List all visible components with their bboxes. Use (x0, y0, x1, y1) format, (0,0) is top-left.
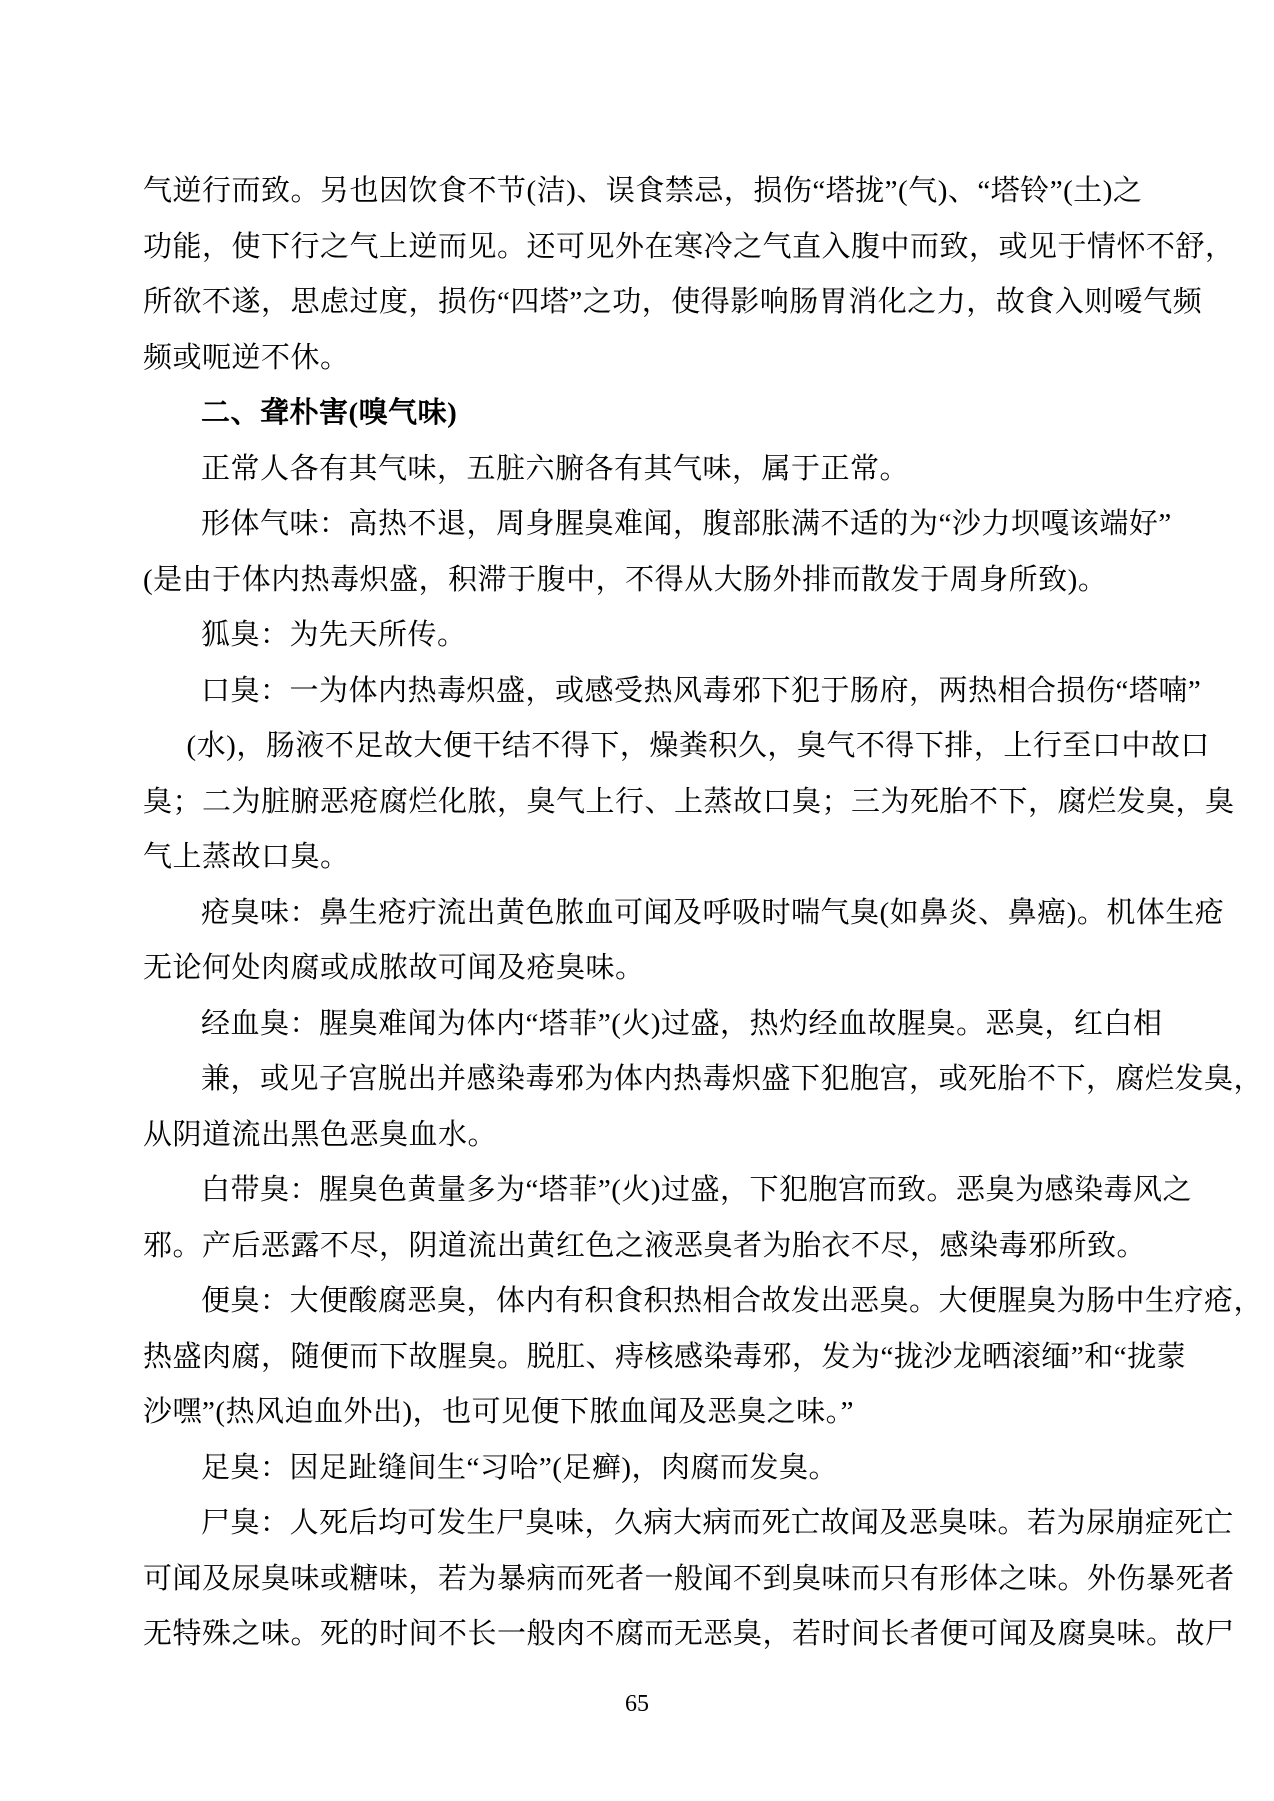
text-line: 形体气味：高热不退，周身腥臭难闻，腹部胀满不适的为“沙力坝嘎该端好” (143, 497, 1143, 553)
text-line: 白带臭：腥臭色黄量多为“塔菲”(火)过盛，下犯胞宫而致。恶臭为感染毒风之 (143, 1163, 1143, 1219)
text-line: 便臭：大便酸腐恶臭，体内有积食积热相合故发出恶臭。大便腥臭为肠中生疗疮， (143, 1274, 1143, 1330)
text-line: 气上蒸故口臭。 (143, 830, 1143, 886)
text-line: 邪。产后恶露不尽，阴道流出黄红色之液恶臭者为胎衣不尽，感染毒邪所致。 (143, 1219, 1143, 1275)
text-line: 频或呃逆不休。 (143, 331, 1143, 387)
text-line: 正常人各有其气味，五脏六腑各有其气味，属于正常。 (143, 442, 1143, 498)
text-line: 可闻及尿臭味或糖味，若为暴病而死者一般闻不到臭味而只有形体之味。外伤暴死者 (143, 1552, 1143, 1608)
page-number: 65 (0, 1688, 1274, 1720)
text-line: 从阴道流出黑色恶臭血水。 (143, 1108, 1143, 1164)
document-body: 气逆行而致。另也因饮食不节(洁)、误食禁忌，损伤“塔拢”(气)、“塔铃”(土)之… (143, 164, 1143, 1663)
text-line: 狐臭：为先天所传。 (143, 608, 1143, 664)
text-line: 所欲不遂，思虑过度，损伤“四塔”之功，使得影响肠胃消化之力，故食入则嗳气频 (143, 275, 1143, 331)
text-line: 无论何处肉腐或成脓故可闻及疮臭味。 (143, 941, 1143, 997)
text-line: 沙嘿”(热风迫血外出)，也可见便下脓血闻及恶臭之味。” (143, 1385, 1143, 1441)
document-page: 气逆行而致。另也因饮食不节(洁)、误食禁忌，损伤“塔拢”(气)、“塔铃”(土)之… (0, 0, 1274, 1801)
text-line: 臭；二为脏腑恶疮腐烂化脓，臭气上行、上蒸故口臭；三为死胎不下，腐烂发臭，臭 (143, 775, 1143, 831)
text-line: 热盛肉腐，随便而下故腥臭。脱肛、痔核感染毒邪，发为“拢沙龙晒滚缅”和“拢蒙 (143, 1330, 1143, 1386)
text-line: 足臭：因足趾缝间生“习哈”(足癣)，肉腐而发臭。 (143, 1441, 1143, 1497)
text-line: 疮臭味：鼻生疮疔流出黄色脓血可闻及呼吸时喘气臭(如鼻炎、鼻癌)。机体生疮 (143, 886, 1143, 942)
text-line: 无特殊之味。死的时间不长一般肉不腐而无恶臭，若时间长者便可闻及腐臭味。故尸 (143, 1607, 1143, 1663)
text-line: 口臭：一为体内热毒炽盛，或感受热风毒邪下犯于肠府，两热相合损伤“塔喃” (143, 664, 1143, 720)
text-line: 兼，或见子宫脱出并感染毒邪为体内热毒炽盛下犯胞宫，或死胎不下，腐烂发臭， (143, 1052, 1143, 1108)
section-heading: 二、聋朴害(嗅气味) (143, 386, 1143, 442)
text-line: (水)，肠液不足故大便干结不得下，燥粪积久，臭气不得下排，上行至口中故口 (143, 719, 1143, 775)
text-line: 尸臭：人死后均可发生尸臭味，久病大病而死亡故闻及恶臭味。若为尿崩症死亡 (143, 1496, 1143, 1552)
text-line: 气逆行而致。另也因饮食不节(洁)、误食禁忌，损伤“塔拢”(气)、“塔铃”(土)之 (143, 164, 1143, 220)
text-line: (是由于体内热毒炽盛，积滞于腹中，不得从大肠外排而散发于周身所致)。 (143, 553, 1143, 609)
text-line: 功能，使下行之气上逆而见。还可见外在寒冷之气直入腹中而致，或见于情怀不舒， (143, 220, 1143, 276)
text-line: 经血臭：腥臭难闻为体内“塔菲”(火)过盛，热灼经血故腥臭。恶臭，红白相 (143, 997, 1143, 1053)
